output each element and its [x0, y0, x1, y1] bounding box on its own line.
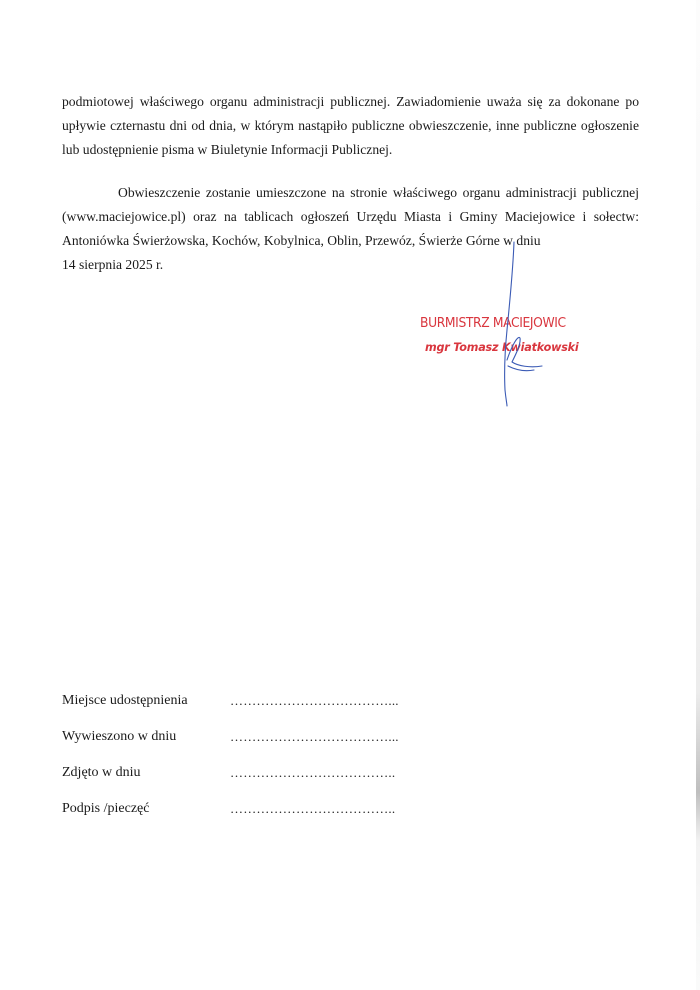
scan-edge: [696, 0, 700, 990]
posting-record-fields: Miejsce udostępnienia ………………………………... Wy…: [62, 683, 399, 827]
document-page: podmiotowej właściwego organu administra…: [0, 0, 700, 990]
stamp-title: BURMISTRZ MACIEJOWIC: [420, 316, 604, 331]
field-label: Miejsce udostępnienia: [62, 693, 230, 709]
field-row-removed-date: Zdjęto w dniu ………………………………..: [62, 755, 399, 791]
field-blank: ………………………………..: [230, 801, 395, 817]
field-label: Wywieszono w dniu: [62, 729, 230, 745]
stamp-name: mgr Tomasz Kwiatkowski: [425, 341, 620, 354]
paragraph-publication: Obwieszczenie zostanie umieszczone na st…: [62, 181, 639, 277]
official-stamp: BURMISTRZ MACIEJOWIC mgr Tomasz Kwiatkow…: [420, 316, 620, 354]
field-row-place: Miejsce udostępnienia ………………………………...: [62, 683, 399, 719]
field-label: Podpis /pieczęć: [62, 801, 230, 817]
field-blank: ………………………………...: [230, 693, 399, 709]
paragraph-publication-text: Obwieszczenie zostanie umieszczone na st…: [62, 185, 639, 248]
field-row-signature: Podpis /pieczęć ………………………………..: [62, 791, 399, 827]
publication-date: 14 sierpnia 2025 r.: [62, 253, 639, 277]
field-blank: ………………………………...: [230, 729, 399, 745]
field-label: Zdjęto w dniu: [62, 765, 230, 781]
field-row-posted-date: Wywieszono w dniu ………………………………...: [62, 719, 399, 755]
field-blank: ………………………………..: [230, 765, 395, 781]
paragraph-notification: podmiotowej właściwego organu administra…: [62, 90, 639, 162]
